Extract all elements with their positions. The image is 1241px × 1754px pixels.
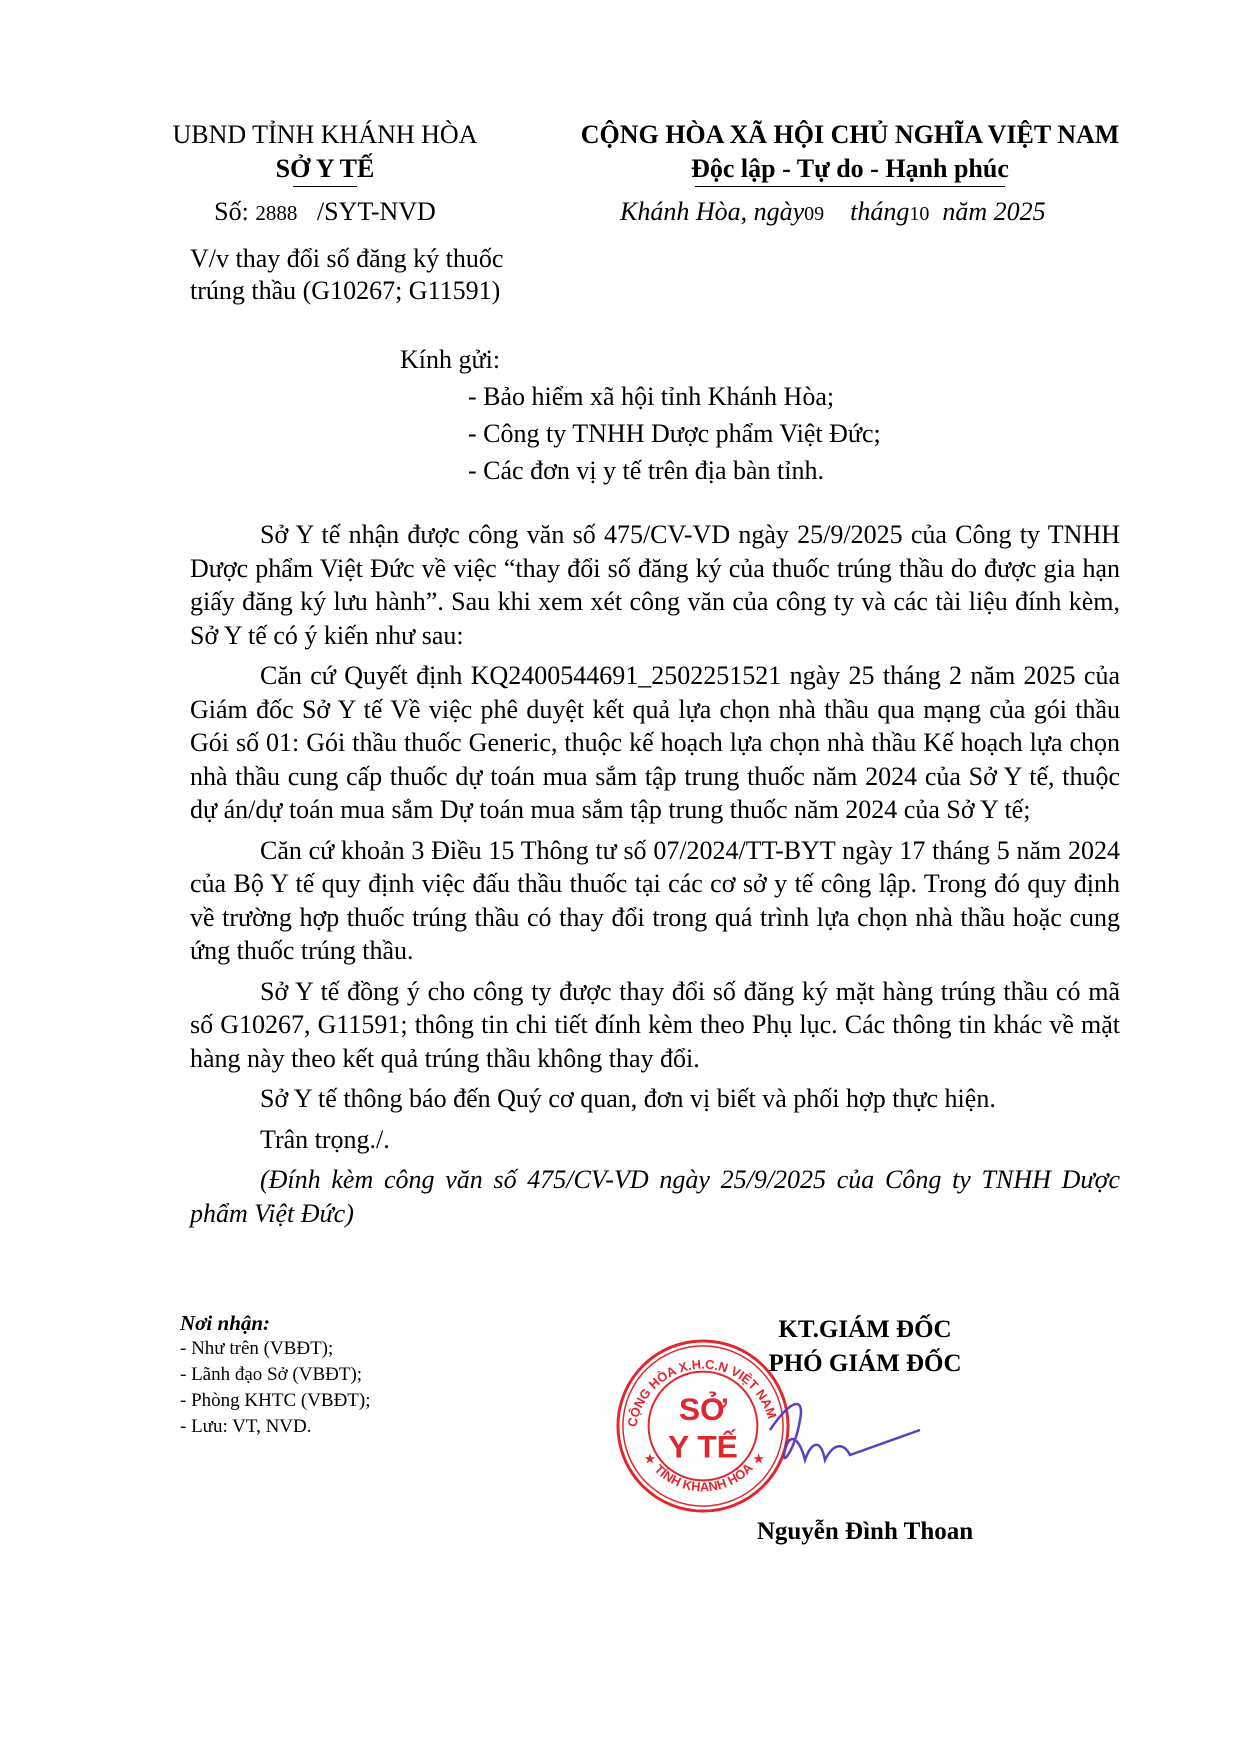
place-date: Khánh Hòa, ngày09 tháng10 năm 2025 xyxy=(620,197,1046,227)
authority: UBND TỈNH KHÁNH HÒA xyxy=(170,118,480,152)
distribution-title: Nơi nhận: xyxy=(180,1310,371,1336)
distribution-item: - Như trên (VBĐT); xyxy=(180,1336,371,1362)
svg-text:TỈNH KHÁNH HÒA: TỈNH KHÁNH HÒA xyxy=(652,1460,756,1494)
svg-text:SỞ: SỞ xyxy=(679,1391,727,1427)
distribution-item: - Lãnh đạo Sở (VBĐT); xyxy=(180,1362,371,1388)
subject: V/v thay đổi số đăng ký thuốc trúng thầu… xyxy=(190,243,550,307)
recipient-item: - Bảo hiểm xã hội tỉnh Khánh Hòa; xyxy=(400,378,881,415)
attachment-note: (Đính kèm công văn số 475/CV-VD ngày 25/… xyxy=(190,1163,1120,1230)
paragraph: Trân trọng./. xyxy=(190,1123,1120,1157)
motto: Độc lập - Tự do - Hạnh phúc xyxy=(560,152,1140,186)
svg-text:★: ★ xyxy=(644,1452,656,1467)
doc-number-value: 2888 xyxy=(255,201,297,225)
recipients: Kính gửi: - Bảo hiểm xã hội tỉnh Khánh H… xyxy=(400,341,881,489)
recipient-item: - Công ty TNHH Dược phẩm Việt Đức; xyxy=(400,415,881,452)
recipient-item: - Các đơn vị y tế trên địa bàn tỉnh. xyxy=(400,452,881,489)
doc-number: Số: 2888 /SYT-NVD xyxy=(170,197,480,227)
nation-title: CỘNG HÒA XÃ HỘI CHỦ NGHĨA VIỆT NAM xyxy=(560,118,1140,152)
distribution-item: - Phòng KHTC (VBĐT); xyxy=(180,1388,371,1414)
header-right: CỘNG HÒA XÃ HỘI CHỦ NGHĨA VIỆT NAM Độc l… xyxy=(560,118,1140,187)
paragraph: Căn cứ khoản 3 Điều 15 Thông tư số 07/20… xyxy=(190,834,1120,968)
paragraph: Sở Y tế đồng ý cho công ty được thay đổi… xyxy=(190,975,1120,1076)
recipients-label: Kính gửi: xyxy=(400,341,881,378)
paragraph: Sở Y tế thông báo đến Quý cơ quan, đơn v… xyxy=(190,1082,1120,1116)
paragraph: Căn cứ Quyết định KQ2400544691_250225152… xyxy=(190,659,1120,827)
department-underline xyxy=(293,186,357,187)
motto-underline xyxy=(695,186,1005,187)
handwritten-signature-icon xyxy=(760,1390,1000,1480)
svg-text:Y TẾ: Y TẾ xyxy=(668,1429,738,1465)
header-left: UBND TỈNH KHÁNH HÒA SỞ Y TẾ xyxy=(170,118,480,187)
paragraph: Sở Y tế nhận được công văn số 475/CV-VD … xyxy=(190,518,1120,652)
signatory-name: Nguyễn Đình Thoan xyxy=(700,1518,1030,1546)
body-text: Sở Y tế nhận được công văn số 475/CV-VD … xyxy=(190,518,1120,1237)
distribution-list: Nơi nhận: - Như trên (VBĐT); - Lãnh đạo … xyxy=(180,1310,371,1440)
distribution-item: - Lưu: VT, NVD. xyxy=(180,1414,371,1440)
department: SỞ Y TẾ xyxy=(170,152,480,186)
signatory-title: KT.GIÁM ĐỐC PHÓ GIÁM ĐỐC xyxy=(700,1313,1030,1381)
